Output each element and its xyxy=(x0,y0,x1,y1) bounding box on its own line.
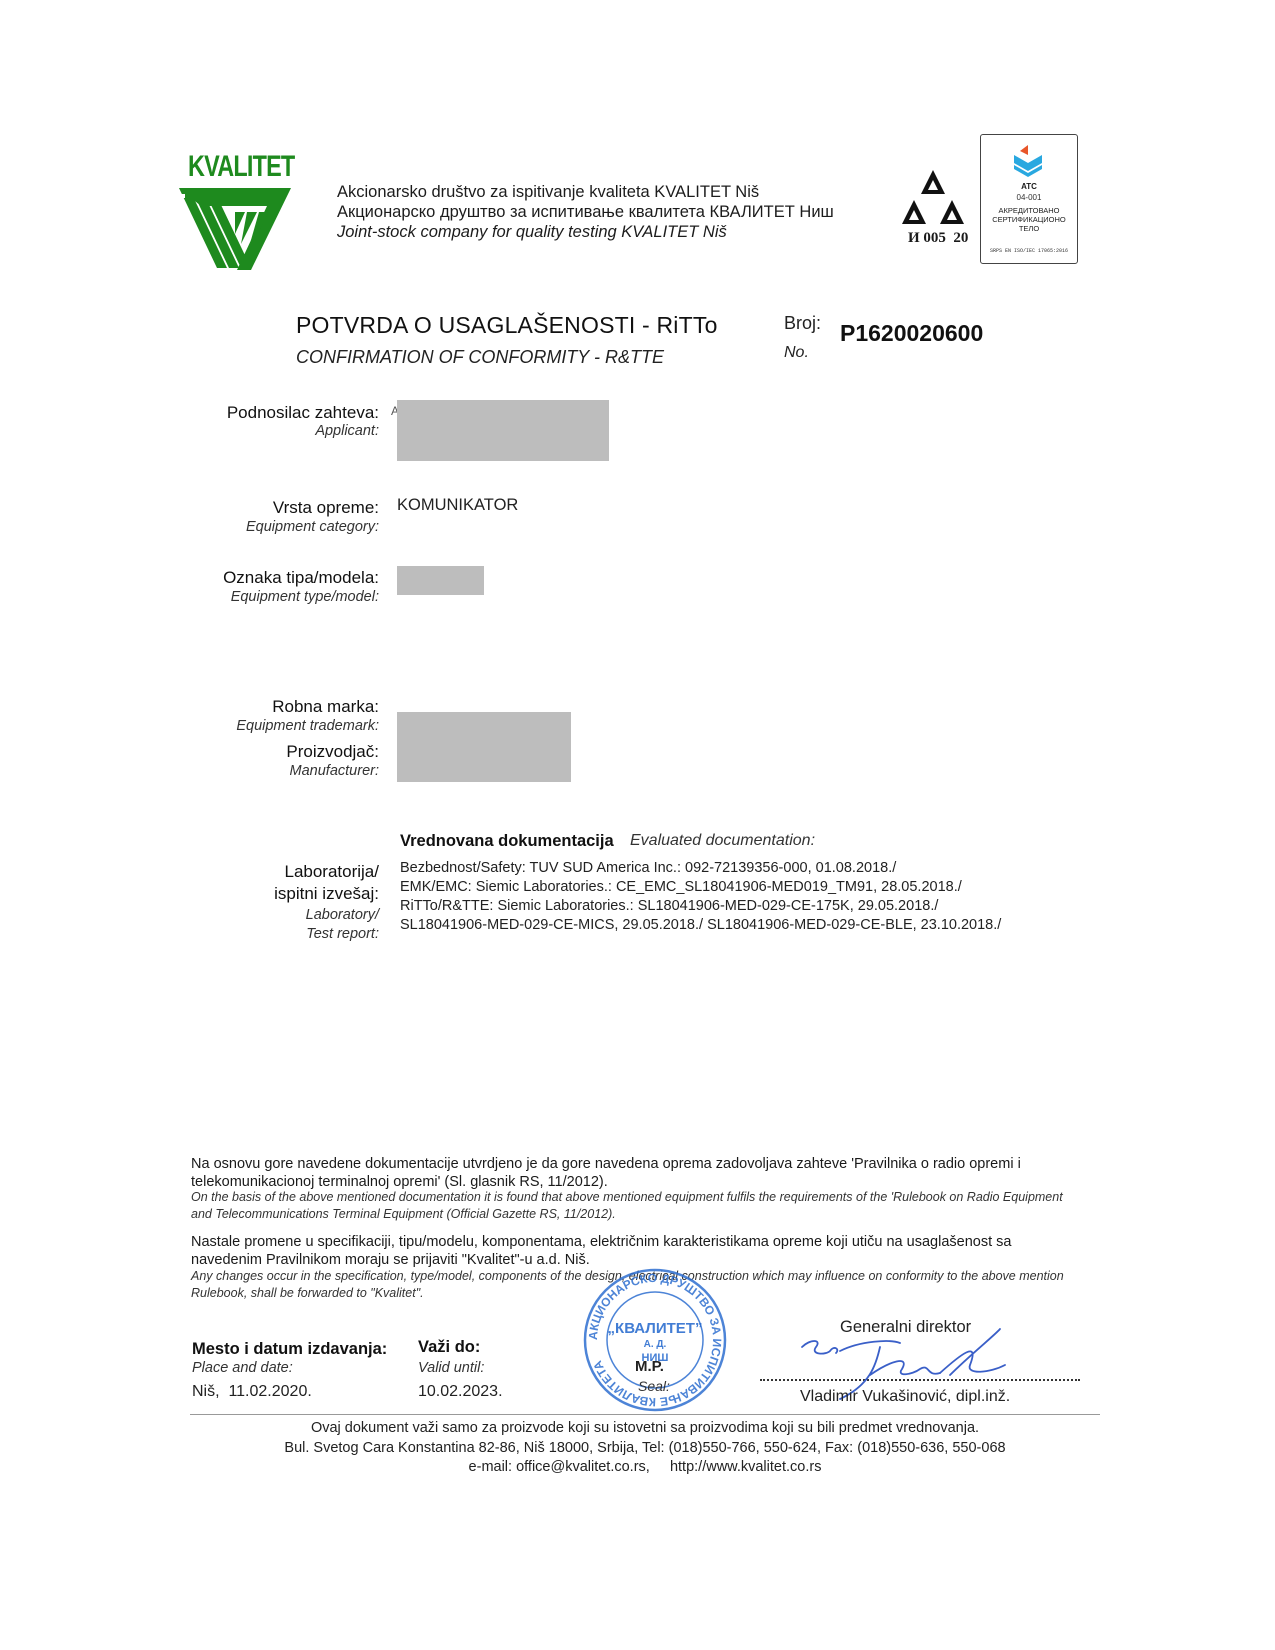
atc-accredited-text: АКРЕДИТОВАНО СЕРТИФИКАЦИОНО ТЕЛО xyxy=(981,206,1077,233)
atc-label: ATC xyxy=(981,182,1077,191)
test-report-line: RiTTo/R&TTE: Siemic Laboratories.: SL180… xyxy=(400,898,938,914)
company-name-cyrillic: Акционарско друштво за испитивање квалит… xyxy=(337,203,834,222)
category-value: KOMUNIKATOR xyxy=(397,496,518,515)
director-name: Vladimir Vukašinović, dipl.inž. xyxy=(800,1388,1010,1406)
seal-label-en: Seal: xyxy=(638,1378,670,1394)
footer-validity-note: Ovaj dokument važi samo za proizvode koj… xyxy=(190,1420,1100,1436)
atc-logo-icon xyxy=(1009,143,1047,179)
lab-label-en-line1: Laboratory/ xyxy=(306,907,379,923)
applicant-label-en: Applicant: xyxy=(315,423,379,439)
test-report-line: EMK/EMC: Siemic Laboratories.: CE_EMC_SL… xyxy=(400,879,962,895)
document-title: POTVRDA O USAGLAŠENOSTI - RiTTo xyxy=(296,312,718,339)
atc-text-line2: СЕРТИФИКАЦИОНО xyxy=(981,215,1077,224)
category-label: Vrsta opreme: xyxy=(273,498,379,518)
valid-until-label-en: Valid until: xyxy=(418,1360,484,1376)
document-subtitle: CONFIRMATION OF CONFORMITY - R&TTE xyxy=(296,347,664,368)
footer-address: Bul. Svetog Cara Konstantina 82-86, Niš … xyxy=(190,1440,1100,1456)
place-date-label-en: Place and date: xyxy=(192,1360,293,1376)
category-label-en: Equipment category: xyxy=(246,519,379,535)
changes-statement: Nastale promene u specifikaciji, tipu/mo… xyxy=(191,1233,1081,1269)
atc-number: 04-001 xyxy=(981,193,1077,202)
test-report-line: Bezbednost/Safety: TUV SUD America Inc.:… xyxy=(400,860,896,876)
test-report-line: SL18041906-MED-029-CE-MICS, 29.05.2018./… xyxy=(400,917,1001,933)
seal-mp-label: M.P. xyxy=(635,1358,664,1375)
model-label-en: Equipment type/model: xyxy=(231,589,379,605)
seal-name: „КВАЛИТЕТ” xyxy=(608,1320,703,1337)
atc-standard: SRPS EN ISO/IEC 17065:2016 xyxy=(981,248,1077,254)
model-label: Oznaka tipa/modela: xyxy=(223,568,379,588)
manufacturer-label: Proizvodjač: xyxy=(286,742,379,762)
trademark-manufacturer-redacted xyxy=(397,712,571,782)
valid-until-value: 10.02.2023. xyxy=(418,1383,503,1401)
accreditation-badge: ATC 04-001 АКРЕДИТОВАНО СЕРТИФИКАЦИОНО Т… xyxy=(980,134,1078,264)
seal-sub1: А. Д. xyxy=(644,1339,667,1350)
manufacturer-label-en: Manufacturer: xyxy=(290,763,379,779)
lab-label-line1: Laboratorija/ xyxy=(284,862,379,882)
model-redacted xyxy=(397,566,484,595)
conformity-statement-en: On the basis of the above mentioned docu… xyxy=(191,1189,1081,1223)
footer-divider xyxy=(190,1414,1100,1415)
certificate-number: P1620020600 xyxy=(840,320,983,347)
number-label-en: No. xyxy=(784,344,809,362)
number-label: Broj: xyxy=(784,313,821,334)
trademark-label: Robna marka: xyxy=(272,697,379,717)
evaluated-doc-heading: Vrednovana dokumentacija xyxy=(400,832,614,851)
place-date-value: Niš, 11.02.2020. xyxy=(192,1383,312,1401)
logo-wordmark: KVALITET xyxy=(188,150,294,184)
company-name-latin: Akcionarsko društvo za ispitivanje kvali… xyxy=(337,183,759,202)
applicant-label: Podnosilac zahteva: xyxy=(227,403,379,423)
evaluated-doc-heading-en: Evaluated documentation: xyxy=(630,832,815,850)
atc-text-line1: АКРЕДИТОВАНО xyxy=(981,206,1077,215)
footer-contact: e-mail: office@kvalitet.co.rs, http://ww… xyxy=(190,1459,1100,1475)
applicant-redacted xyxy=(397,400,609,461)
atc-text-line3: ТЕЛО xyxy=(981,224,1077,233)
conformity-triangle-mark-icon xyxy=(900,168,966,230)
valid-until-label: Važi do: xyxy=(418,1338,480,1357)
company-name-english: Joint-stock company for quality testing … xyxy=(337,223,727,242)
conformity-statement: Na osnovu gore navedene dokumentacije ut… xyxy=(191,1155,1081,1191)
lab-label-line2: ispitni izvešaj: xyxy=(274,884,379,904)
lab-label-en-line2: Test report: xyxy=(306,926,379,942)
place-date-label: Mesto i datum izdavanja: xyxy=(192,1340,387,1359)
triangle-mark-code: И 005 20 xyxy=(908,230,968,247)
trademark-label-en: Equipment trademark: xyxy=(236,718,379,734)
